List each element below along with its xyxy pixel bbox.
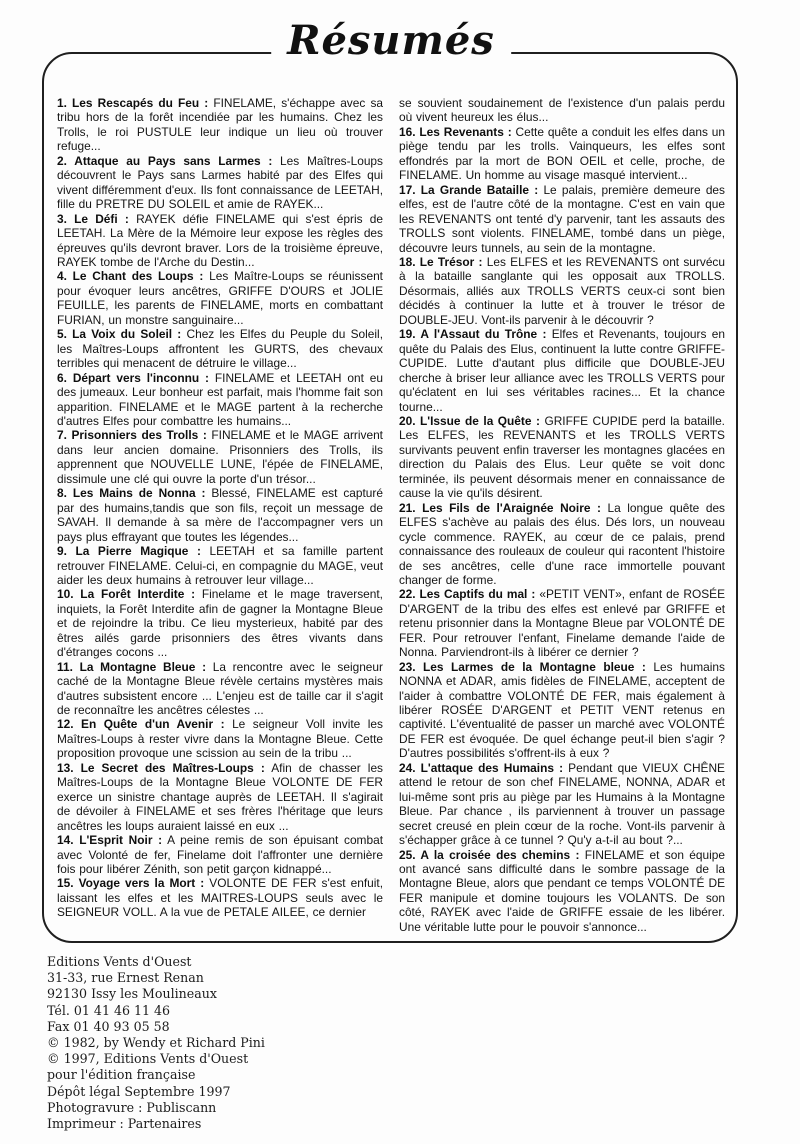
section-heading: 25. A la croisée des chemins : bbox=[399, 848, 579, 862]
summary-section: 5. La Voix du Soleil : Chez les Elfes du… bbox=[57, 327, 383, 370]
section-heading: 13. Le Secret des Maîtres-Loups : bbox=[57, 761, 265, 775]
section-heading: 15. Voyage vers la Mort : bbox=[57, 876, 204, 890]
section-heading: 5. La Voix du Soleil : bbox=[57, 327, 181, 341]
summary-section: 23. Les Larmes de la Montagne bleue : Le… bbox=[399, 660, 725, 761]
imprint-line: 92130 Issy les Moulineaux bbox=[47, 986, 265, 1002]
summary-section: 4. Le Chant des Loups : Les Maître-Loups… bbox=[57, 269, 383, 327]
imprint-line: Tél. 01 41 46 11 46 bbox=[47, 1003, 265, 1019]
summary-section: 3. Le Défi : RAYEK défie FINELAME qui s'… bbox=[57, 212, 383, 270]
right-column: se souvient soudainement de l'existence … bbox=[399, 96, 725, 938]
summary-section: 10. La Forêt Interdite : Finelame et le … bbox=[57, 587, 383, 659]
section-heading: 11. La Montagne Bleue : bbox=[57, 660, 206, 674]
summary-section: 9. La Pierre Magique : LEETAH et sa fami… bbox=[57, 544, 383, 587]
section-heading: 12. En Quête d'un Avenir : bbox=[57, 717, 225, 731]
section-body: Les humains NONNA et ADAR, amis fidèles … bbox=[399, 660, 725, 761]
section-heading: 18. Le Trésor : bbox=[399, 255, 482, 269]
imprint-line: pour l'édition française bbox=[47, 1067, 265, 1083]
section-heading: 10. La Forêt Interdite : bbox=[57, 587, 195, 601]
summary-section: 1. Les Rescapés du Feu : FINELAME, s'éch… bbox=[57, 96, 383, 154]
summary-section: 14. L'Esprit Noir : A peine remis de son… bbox=[57, 833, 383, 876]
section-heading: 14. L'Esprit Noir : bbox=[57, 833, 162, 847]
imprint-line: © 1982, by Wendy et Richard Pini bbox=[47, 1035, 265, 1051]
summary-section: 15. Voyage vers la Mort : VOLONTE DE FER… bbox=[57, 876, 383, 919]
summary-section: 22. Les Captifs du mal : «PETIT VENT», e… bbox=[399, 587, 725, 659]
imprint-line: © 1997, Editions Vents d'Ouest bbox=[47, 1051, 265, 1067]
scanned-book-page: { "page_title": "Résumés", "summaries": … bbox=[0, 0, 800, 1144]
section-heading: 19. A l'Assaut du Trône : bbox=[399, 327, 546, 341]
summary-section: 13. Le Secret des Maîtres-Loups : Afin d… bbox=[57, 761, 383, 833]
summary-section: 17. La Grande Bataille : Le palais, prem… bbox=[399, 183, 725, 255]
section-heading: 16. Les Revenants : bbox=[399, 125, 512, 139]
section-heading: 1. Les Rescapés du Feu : bbox=[57, 96, 208, 110]
left-column: 1. Les Rescapés du Feu : FINELAME, s'éch… bbox=[57, 96, 383, 938]
section-heading: 20. L'Issue de la Quête : bbox=[399, 414, 540, 428]
section-15-continuation: se souvient soudainement de l'existence … bbox=[399, 96, 725, 125]
section-heading: 3. Le Défi : bbox=[57, 212, 129, 226]
page-title: Résumés bbox=[271, 18, 511, 64]
summary-section: 20. L'Issue de la Quête : GRIFFE CUPIDE … bbox=[399, 414, 725, 501]
summary-section: 19. A l'Assaut du Trône : Elfes et Reven… bbox=[399, 327, 725, 414]
section-heading: 17. La Grande Bataille : bbox=[399, 183, 538, 197]
section-heading: 21. Les Fils de l'Araignée Noire : bbox=[399, 501, 601, 515]
summary-section: 16. Les Revenants : Cette quête a condui… bbox=[399, 125, 725, 183]
section-heading: 9. La Pierre Magique : bbox=[57, 544, 201, 558]
summary-section: 21. Les Fils de l'Araignée Noire : La lo… bbox=[399, 501, 725, 588]
summary-section: 11. La Montagne Bleue : La rencontre ave… bbox=[57, 660, 383, 718]
imprint-line: Photogravure : Publiscann bbox=[47, 1100, 265, 1116]
summary-section: 6. Départ vers l'inconnu : FINELAME et L… bbox=[57, 371, 383, 429]
section-heading: 4. Le Chant des Loups : bbox=[57, 269, 203, 283]
summary-section: 24. L'attaque des Humains : Pendant que … bbox=[399, 761, 725, 848]
summary-section: 7. Prisonniers des Trolls : FINELAME et … bbox=[57, 428, 383, 486]
summary-section: 25. A la croisée des chemins : FINELAME … bbox=[399, 848, 725, 935]
summary-section: 12. En Quête d'un Avenir : Le seigneur V… bbox=[57, 717, 383, 760]
section-heading: 8. Les Mains de Nonna : bbox=[57, 486, 205, 500]
imprint-line: Fax 01 40 93 05 58 bbox=[47, 1019, 265, 1035]
section-heading: 22. Les Captifs du mal : bbox=[399, 587, 535, 601]
section-heading: 7. Prisonniers des Trolls : bbox=[57, 428, 207, 442]
imprint-line: Dépôt légal Septembre 1997 bbox=[47, 1084, 265, 1100]
section-heading: 6. Départ vers l'inconnu : bbox=[57, 371, 209, 385]
section-heading: 23. Les Larmes de la Montagne bleue : bbox=[399, 660, 646, 674]
section-heading: 24. L'attaque des Humains : bbox=[399, 761, 563, 775]
summary-section: 8. Les Mains de Nonna : Blessé, FINELAME… bbox=[57, 486, 383, 544]
summary-section: 18. Le Trésor : Les ELFES et les REVENAN… bbox=[399, 255, 725, 327]
summary-section: 2. Attaque au Pays sans Larmes : Les Maî… bbox=[57, 154, 383, 212]
imprint-line: 31-33, rue Ernest Renan bbox=[47, 970, 265, 986]
imprint-line: Editions Vents d'Ouest bbox=[47, 954, 265, 970]
summaries-text-block: 1. Les Rescapés du Feu : FINELAME, s'éch… bbox=[57, 96, 725, 938]
publisher-imprint: Editions Vents d'Ouest31-33, rue Ernest … bbox=[47, 954, 265, 1132]
section-heading: 2. Attaque au Pays sans Larmes : bbox=[57, 154, 272, 168]
imprint-line: Imprimeur : Partenaires bbox=[47, 1116, 265, 1132]
